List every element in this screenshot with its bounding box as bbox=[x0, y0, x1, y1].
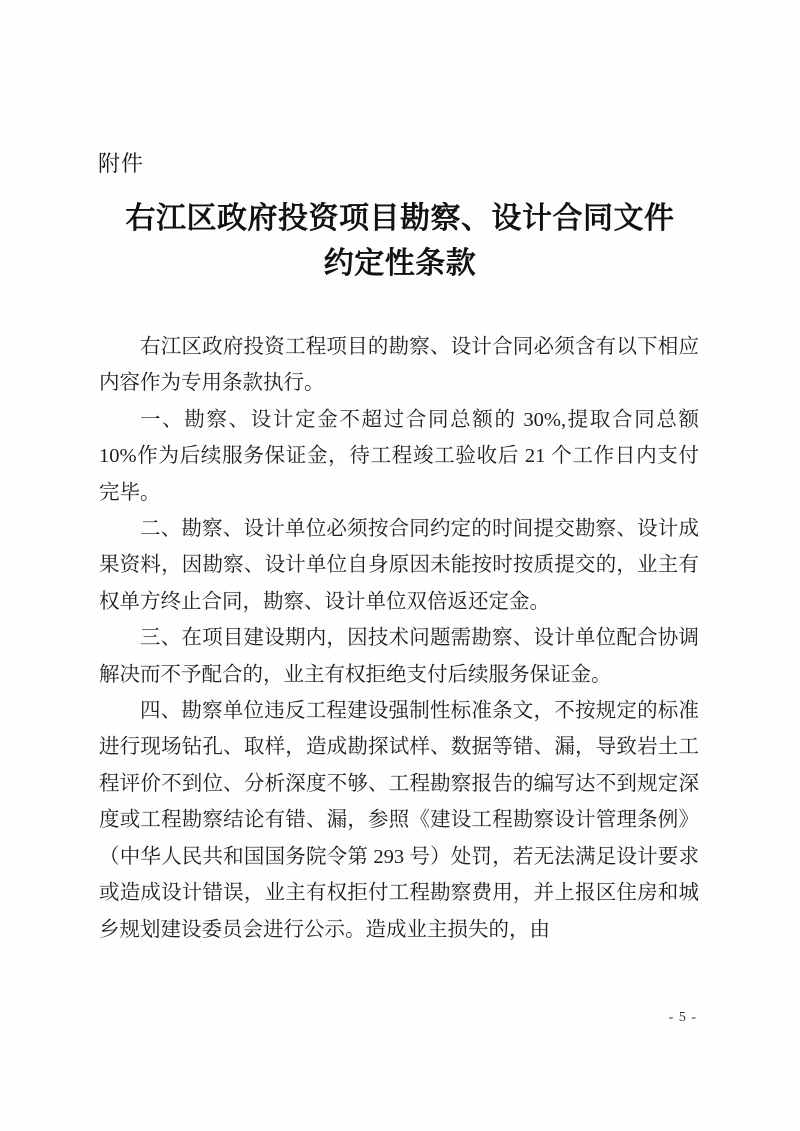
title-line-1: 右江区政府投资项目勘察、设计合同文件 bbox=[0, 196, 800, 241]
document-page: 附件 右江区政府投资项目勘察、设计合同文件 约定性条款 右江区政府投资工程项目的… bbox=[0, 0, 800, 1131]
document-body: 右江区政府投资工程项目的勘察、设计合同必须含有以下相应内容作为专用条款执行。 一… bbox=[99, 329, 699, 948]
paragraph-clause-2: 二、勘察、设计单位必须按合同约定的时间提交勘察、设计成果资料，因勘察、设计单位自… bbox=[99, 511, 699, 620]
paragraph-intro: 右江区政府投资工程项目的勘察、设计合同必须含有以下相应内容作为专用条款执行。 bbox=[99, 329, 699, 402]
page-number: - 5 - bbox=[669, 1010, 697, 1026]
attachment-label: 附件 bbox=[98, 147, 144, 178]
paragraph-clause-4: 四、勘察单位违反工程建设强制性标准条文，不按规定的标准进行现场钻孔、取样，造成勘… bbox=[99, 693, 699, 948]
paragraph-clause-1: 一、勘察、设计定金不超过合同总额的 30%,提取合同总额 10%作为后续服务保证… bbox=[99, 402, 699, 511]
title-line-2: 约定性条款 bbox=[0, 241, 800, 286]
paragraph-clause-3: 三、在项目建设期内，因技术问题需勘察、设计单位配合协调解决而不予配合的，业主有权… bbox=[99, 620, 699, 693]
document-title: 右江区政府投资项目勘察、设计合同文件 约定性条款 bbox=[0, 196, 800, 286]
